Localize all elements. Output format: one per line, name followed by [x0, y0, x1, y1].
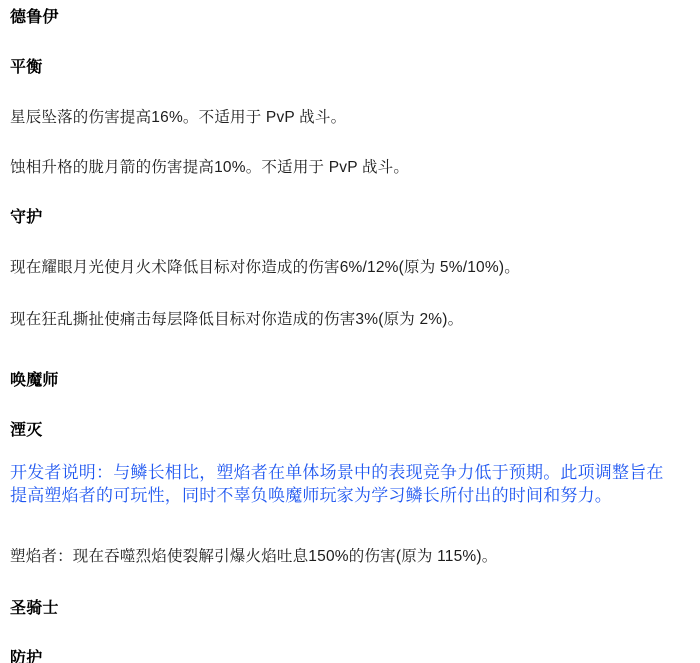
spec-heading-guardian: 守护 [10, 207, 690, 229]
patch-note-starfall: 星辰坠落的伤害提高16%。不适用于 PvP 战斗。 [10, 107, 690, 129]
class-heading-paladin: 圣骑士 [10, 598, 690, 620]
spec-heading-devastation: 湮灭 [10, 420, 690, 442]
patch-note-frenzied-maul: 现在狂乱撕扯使痛击每层降低目标对你造成的伤害3%(原为 2%)。 [10, 309, 690, 331]
class-heading-druid: 德鲁伊 [10, 7, 690, 29]
patch-note-flameshaper: 塑焰者：现在吞噬烈焰使裂解引爆火焰吐息150%的伤害(原为 115%)。 [10, 546, 690, 568]
patch-note-crescent-burn: 蚀相升格的胧月箭的伤害提高10%。不适用于 PvP 战斗。 [10, 157, 690, 179]
spec-heading-balance: 平衡 [10, 57, 690, 79]
patch-note-blinding-moonlight: 现在耀眼月光使月火术降低目标对你造成的伤害6%/12%(原为 5%/10%)。 [10, 257, 690, 279]
developer-note: 开发者说明：与鳞长相比，塑焰者在单体场景中的表现竞争力低于预期。此项调整旨在提高… [10, 461, 668, 507]
class-heading-evoker: 唤魔师 [10, 370, 690, 392]
patch-notes-document: 德鲁伊 平衡 星辰坠落的伤害提高16%。不适用于 PvP 战斗。 蚀相升格的胧月… [0, 0, 700, 663]
spec-heading-protection: 防护 [10, 648, 690, 663]
